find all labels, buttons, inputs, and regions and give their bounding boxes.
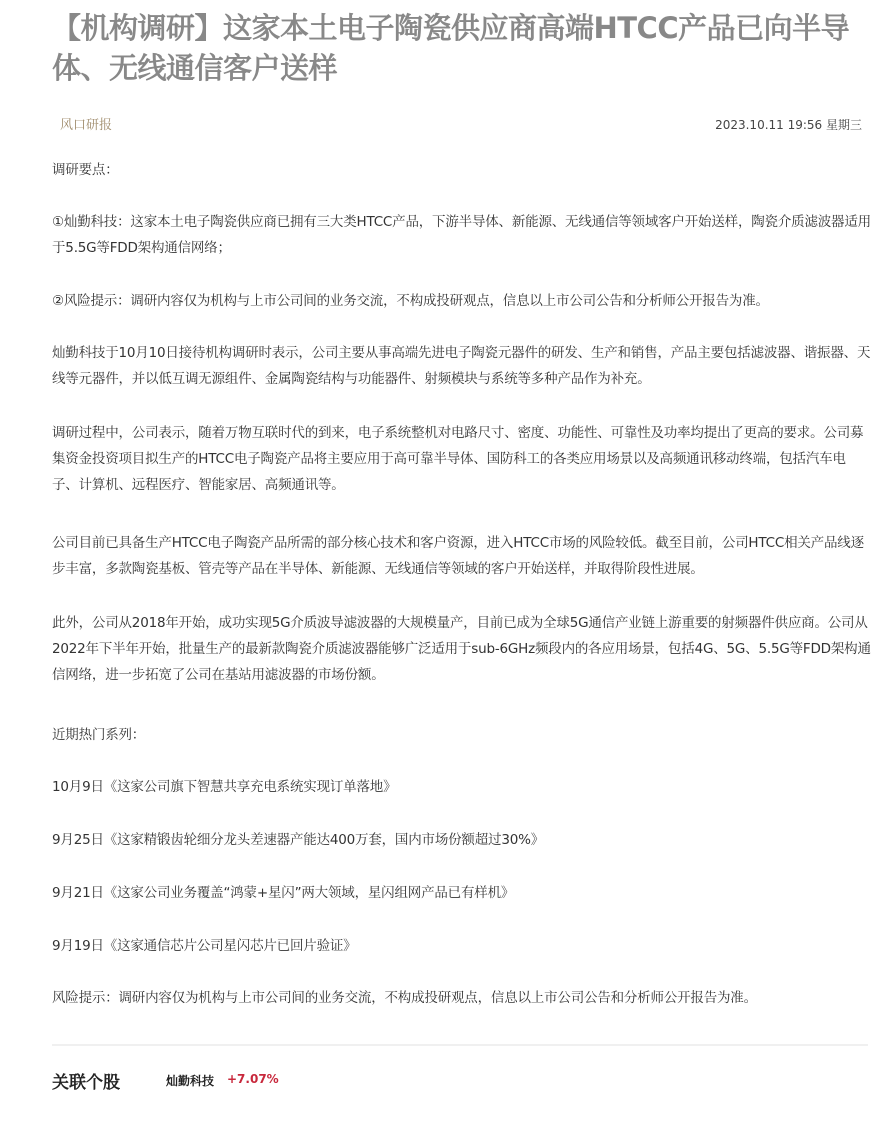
related-stocks-label: 关联个股	[52, 1068, 120, 1093]
article-page: 【机构调研】这家本土电子陶瓷供应商高端HTCC产品已向半导体、无线通信客户送样 …	[0, 0, 878, 1142]
hot-series-heading: 近期热门系列：	[52, 722, 872, 748]
article-title: 【机构调研】这家本土电子陶瓷供应商高端HTCC产品已向半导体、无线通信客户送样	[52, 8, 874, 88]
related-stock-change[interactable]: +7.07%	[227, 1072, 279, 1086]
section-divider	[52, 1044, 868, 1046]
risk-notice: 风险提示：调研内容仅为机构与上市公司间的业务交流，不构成投研观点，信息以上市公司…	[52, 985, 872, 1011]
key-point-1: ①灿勤科技：这家本土电子陶瓷供应商已拥有三大类HTCC产品，下游半导体、新能源、…	[52, 209, 872, 261]
hot-series-link[interactable]: 9月25日《这家精锻齿轮细分龙头差速器产能达400万套，国内市场份额超过30%》	[52, 827, 872, 853]
paragraph-1: 灿勤科技于10月10日接待机构调研时表示，公司主要从事高端先进电子陶瓷元器件的研…	[52, 340, 872, 392]
paragraph-4: 此外，公司从2018年开始，成功实现5G介质波导滤波器的大规模量产，目前已成为全…	[52, 610, 872, 688]
paragraph-3: 公司目前已具备生产HTCC电子陶瓷产品所需的部分核心技术和客户资源，进入HTCC…	[52, 530, 872, 582]
hot-series-link[interactable]: 10月9日《这家公司旗下智慧共享充电系统实现订单落地》	[52, 774, 872, 800]
hot-series-link[interactable]: 9月21日《这家公司业务覆盖“鸿蒙+星闪”两大领域，星闪组网产品已有样机》	[52, 880, 872, 906]
key-points-heading: 调研要点：	[52, 157, 872, 183]
key-point-2: ②风险提示：调研内容仅为机构与上市公司间的业务交流，不构成投研观点，信息以上市公…	[52, 288, 872, 314]
article-datetime: 2023.10.11 19:56 星期三	[715, 116, 862, 133]
hot-series-link[interactable]: 9月19日《这家通信芯片公司星闪芯片已回片验证》	[52, 933, 872, 959]
paragraph-2: 调研过程中，公司表示，随着万物互联时代的到来，电子系统整机对电路尺寸、密度、功能…	[52, 420, 872, 498]
related-stock-name[interactable]: 灿勤科技	[166, 1072, 214, 1089]
article-source[interactable]: 风口研报	[60, 114, 112, 133]
